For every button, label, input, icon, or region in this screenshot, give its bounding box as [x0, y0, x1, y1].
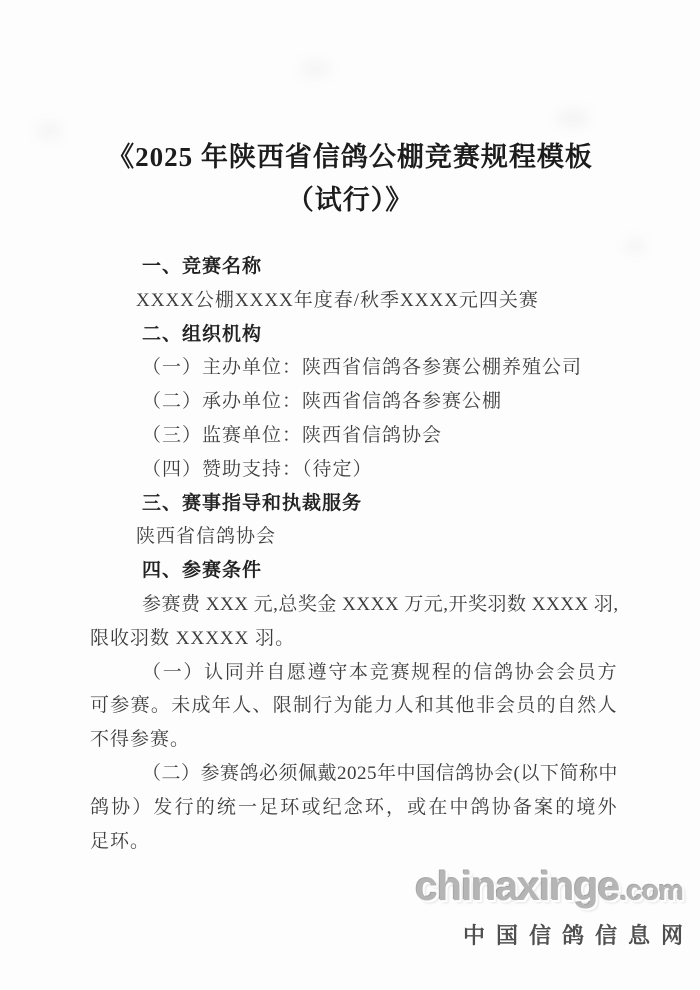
line-organizer-unit: （二）承办单位：陕西省信鸽各参赛公棚 [90, 385, 617, 419]
document-title-line1: 《2025 年陕西省信鸽公棚竞赛规程模板 [0, 136, 700, 179]
watermark-caption: 中国信鸽信息网 [415, 919, 694, 950]
line-supervisor-unit: （三）监赛单位：陕西省信鸽协会 [90, 419, 617, 453]
watermark-site-tld: .com [619, 875, 683, 907]
site-watermark: chinaxinge.com 中国信鸽信息网 [415, 864, 683, 950]
heading-event-guidance: 三、赛事指导和执裁服务 [90, 487, 617, 521]
scan-smudge [300, 60, 330, 78]
line-condition-2a: （二）参赛鸽必须佩戴2025年中国信鸽协会(以下简称中 [90, 757, 617, 791]
watermark-site-name: chinaxinge [415, 863, 619, 909]
line-condition-1a: （一）认同并自愿遵守本竞赛规程的信鸽协会会员方 [90, 656, 617, 690]
line-condition-1c: 不得参赛。 [90, 723, 617, 757]
line-guidance-provider: 陕西省信鸽协会 [90, 520, 617, 554]
line-condition-2b: 鸽协）发行的统一足环或纪念环，或在中鸽协备案的境外 [90, 791, 617, 825]
heading-organization: 二、组织机构 [90, 318, 617, 352]
document-title-line2: （试行）》 [0, 179, 700, 222]
document-body: 一、竞赛名称 XXXX公棚XXXX年度春/秋季XXXX元四关赛 二、组织机构 （… [90, 250, 617, 858]
scan-smudge [556, 108, 590, 128]
line-sponsor-support: （四）赞助支持：（待定） [90, 453, 617, 487]
scan-smudge [624, 238, 646, 254]
document-title: 《2025 年陕西省信鸽公棚竞赛规程模板 （试行）》 [0, 136, 700, 222]
line-condition-2c: 足环。 [90, 825, 617, 859]
heading-entry-conditions: 四、参赛条件 [90, 554, 617, 588]
line-entry-fee-2: 限收羽数 XXXXX 羽。 [90, 622, 617, 656]
line-competition-name: XXXX公棚XXXX年度春/秋季XXXX元四关赛 [90, 284, 617, 318]
heading-competition-name: 一、竞赛名称 [90, 250, 617, 284]
line-host-unit: （一）主办单位：陕西省信鸽各参赛公棚养殖公司 [90, 351, 617, 385]
scanned-document-page: 《2025 年陕西省信鸽公棚竞赛规程模板 （试行）》 一、竞赛名称 XXXX公棚… [0, 0, 700, 990]
watermark-site-url: chinaxinge.com [415, 864, 683, 918]
line-entry-fee-1: 参赛费 XXX 元,总奖金 XXXX 万元,开奖羽数 XXXX 羽, [90, 588, 617, 622]
line-condition-1b: 可参赛。未成年人、限制行为能力人和其他非会员的自然人 [90, 689, 617, 723]
